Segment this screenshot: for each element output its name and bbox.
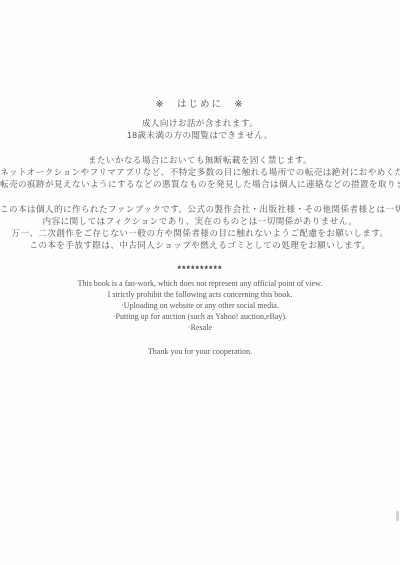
closing-line: Thank you for your cooperation. [0, 347, 400, 356]
notice-line: 成人向けお話が含まれます。 [0, 117, 400, 129]
english-notice-block: This book is a fan-work, which does not … [0, 278, 400, 333]
notice-line-en: ·Uploading on website or any other socia… [0, 300, 400, 311]
notice-line: 転売の痕跡が見えないようにするなどの悪質なものを発見した場合は個人に連絡などの措… [0, 178, 400, 190]
disclaimer-block: この本は個人的に作られたファンブックです。公式の製作会社・出版社様・その他関係者… [0, 203, 400, 251]
notice-line-en: This book is a fan-work, which does not … [0, 278, 400, 289]
notice-text-column: ※ はじめに ※ 成人向けお話が含まれます。 18歳未満の方の閲覧はできません。… [0, 96, 400, 356]
notice-line: 万一、二次創作をご存じない一般の方や関係者様の目に触れないようご配慮をお願いしま… [0, 227, 400, 239]
page-edge-mark [396, 511, 399, 521]
notice-line-en: I strictly prohibit the following acts c… [0, 289, 400, 300]
page-title: ※ はじめに ※ [0, 96, 400, 110]
notice-line: 内容に関してはフィクションであり、実在のものとは一切関係がありません。 [0, 215, 400, 227]
notice-line: この本を手放す際は、中古同人ショップや燃えるゴミとしての処理をお願いします。 [0, 239, 400, 251]
notice-line: この本は個人的に作られたファンブックです。公式の製作会社・出版社様・その他関係者… [0, 203, 400, 215]
scanned-book-page: ※ はじめに ※ 成人向けお話が含まれます。 18歳未満の方の閲覧はできません。… [0, 0, 400, 565]
asterisk-divider: ********** [0, 264, 400, 275]
notice-line: 18歳未満の方の閲覧はできません。 [0, 129, 400, 141]
reprint-warning-block: またいかなる場合においても無断転載を固く禁じます。 ネットオークションやフリマア… [0, 154, 400, 190]
notice-line-en: ·Putting up for auction (such as Yahoo! … [0, 311, 400, 322]
notice-line: またいかなる場合においても無断転載を固く禁じます。 [0, 154, 400, 166]
intro-block: 成人向けお話が含まれます。 18歳未満の方の閲覧はできません。 [0, 117, 400, 141]
notice-line: ネットオークションやフリマアプリなど、不特定多数の目に触れる場所での転売は絶対に… [0, 166, 400, 178]
notice-line-en: ·Resale [0, 322, 400, 333]
